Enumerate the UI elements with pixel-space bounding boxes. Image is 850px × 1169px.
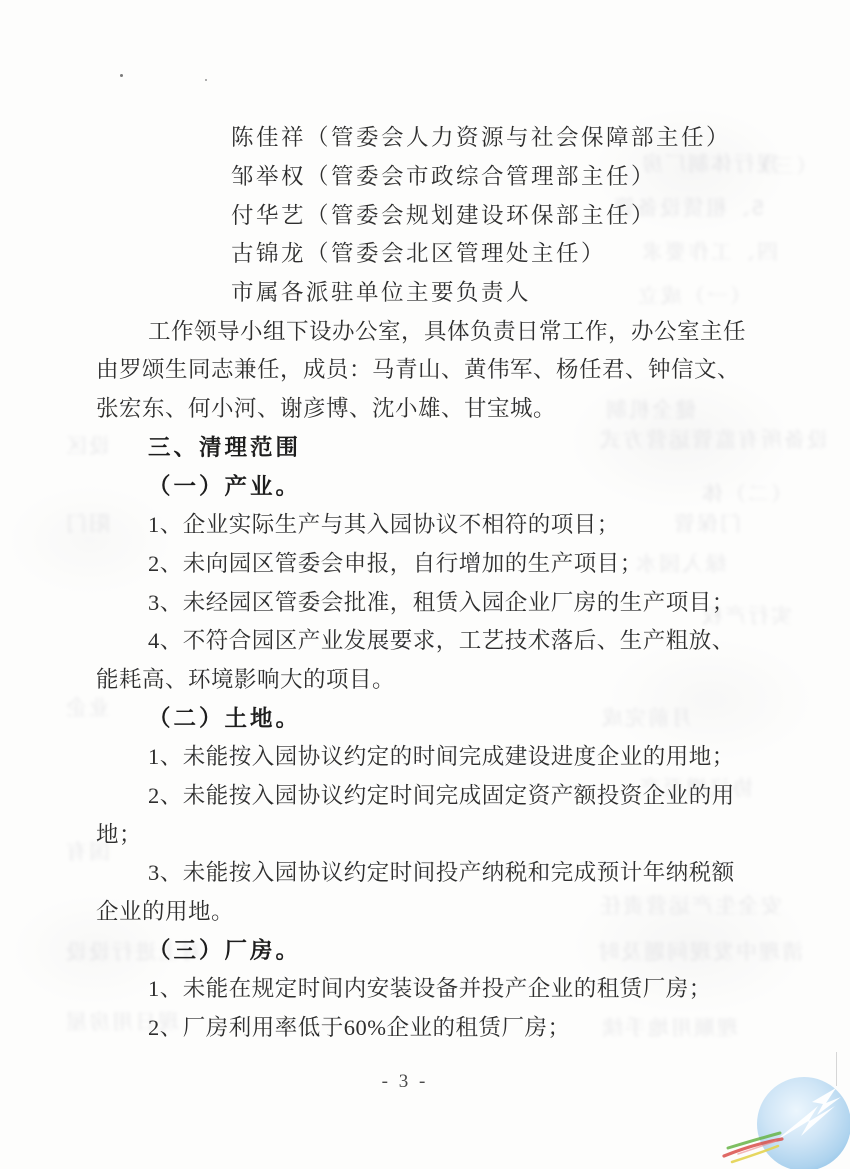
scan-speck [120,74,123,77]
heading-line: （一）产业。 [0,465,850,504]
scanned-document-page: 现行体制厂房（三）5、租赁设备管四、工作要求（一）成立健全机制设备所有监管运营方… [0,0,850,1169]
text-line: 4、不符合园区产业发展要求，工艺技术落后、生产粗放、 [0,620,850,659]
document-body: 陈佳祥（管委会人力资源与社会保障部主任）邹举权（管委会市政综合管理部主任）付华艺… [0,117,850,1046]
page-number: - 3 - [0,1071,810,1093]
text-line: 市属各派驻单位主要负责人 [0,272,850,311]
heading-line: （二）土地。 [0,697,850,736]
text-line: 企业的用地。 [0,891,850,930]
text-line: 1、未能按入园协议约定的时间完成建设进度企业的用地； [0,736,850,775]
text-line: 2、厂房利用率低于60%企业的租赁厂房； [0,1007,850,1046]
heading-line: 三、清理范围 [0,427,850,466]
text-line: 3、未能按入园协议约定时间投产纳税和完成预计年纳税额 [0,852,850,891]
text-line: 1、企业实际生产与其入园协议不相符的项目； [0,504,850,543]
text-line: 3、未经园区管委会批准，租赁入园企业厂房的生产项目； [0,581,850,620]
text-line: 张宏东、何小河、谢彦博、沈小雄、甘宝城。 [0,388,850,427]
lightning-ball-watermark-icon [718,1060,850,1169]
text-line: 2、未向园区管委会申报，自行增加的生产项目； [0,543,850,582]
scan-speck [205,79,207,81]
text-line: 付华艺（管委会规划建设环保部主任） [0,194,850,233]
heading-line: （三）厂房。 [0,929,850,968]
text-line: 工作领导小组下设办公室，具体负责日常工作，办公室主任 [0,310,850,349]
text-line: 由罗颂生同志兼任，成员：马青山、黄伟军、杨任君、钟信文、 [0,349,850,388]
text-line: 陈佳祥（管委会人力资源与社会保障部主任） [0,117,850,156]
text-line: 能耗高、环境影响大的项目。 [0,659,850,698]
text-line: 1、未能在规定时间内安装设备并投产企业的租赁厂房； [0,968,850,1007]
text-line: 古锦龙（管委会北区管理处主任） [0,233,850,272]
text-line: 邹举权（管委会市政综合管理部主任） [0,156,850,195]
text-line: 2、未能按入园协议约定时间完成固定资产额投资企业的用 [0,775,850,814]
text-line: 地； [0,813,850,852]
